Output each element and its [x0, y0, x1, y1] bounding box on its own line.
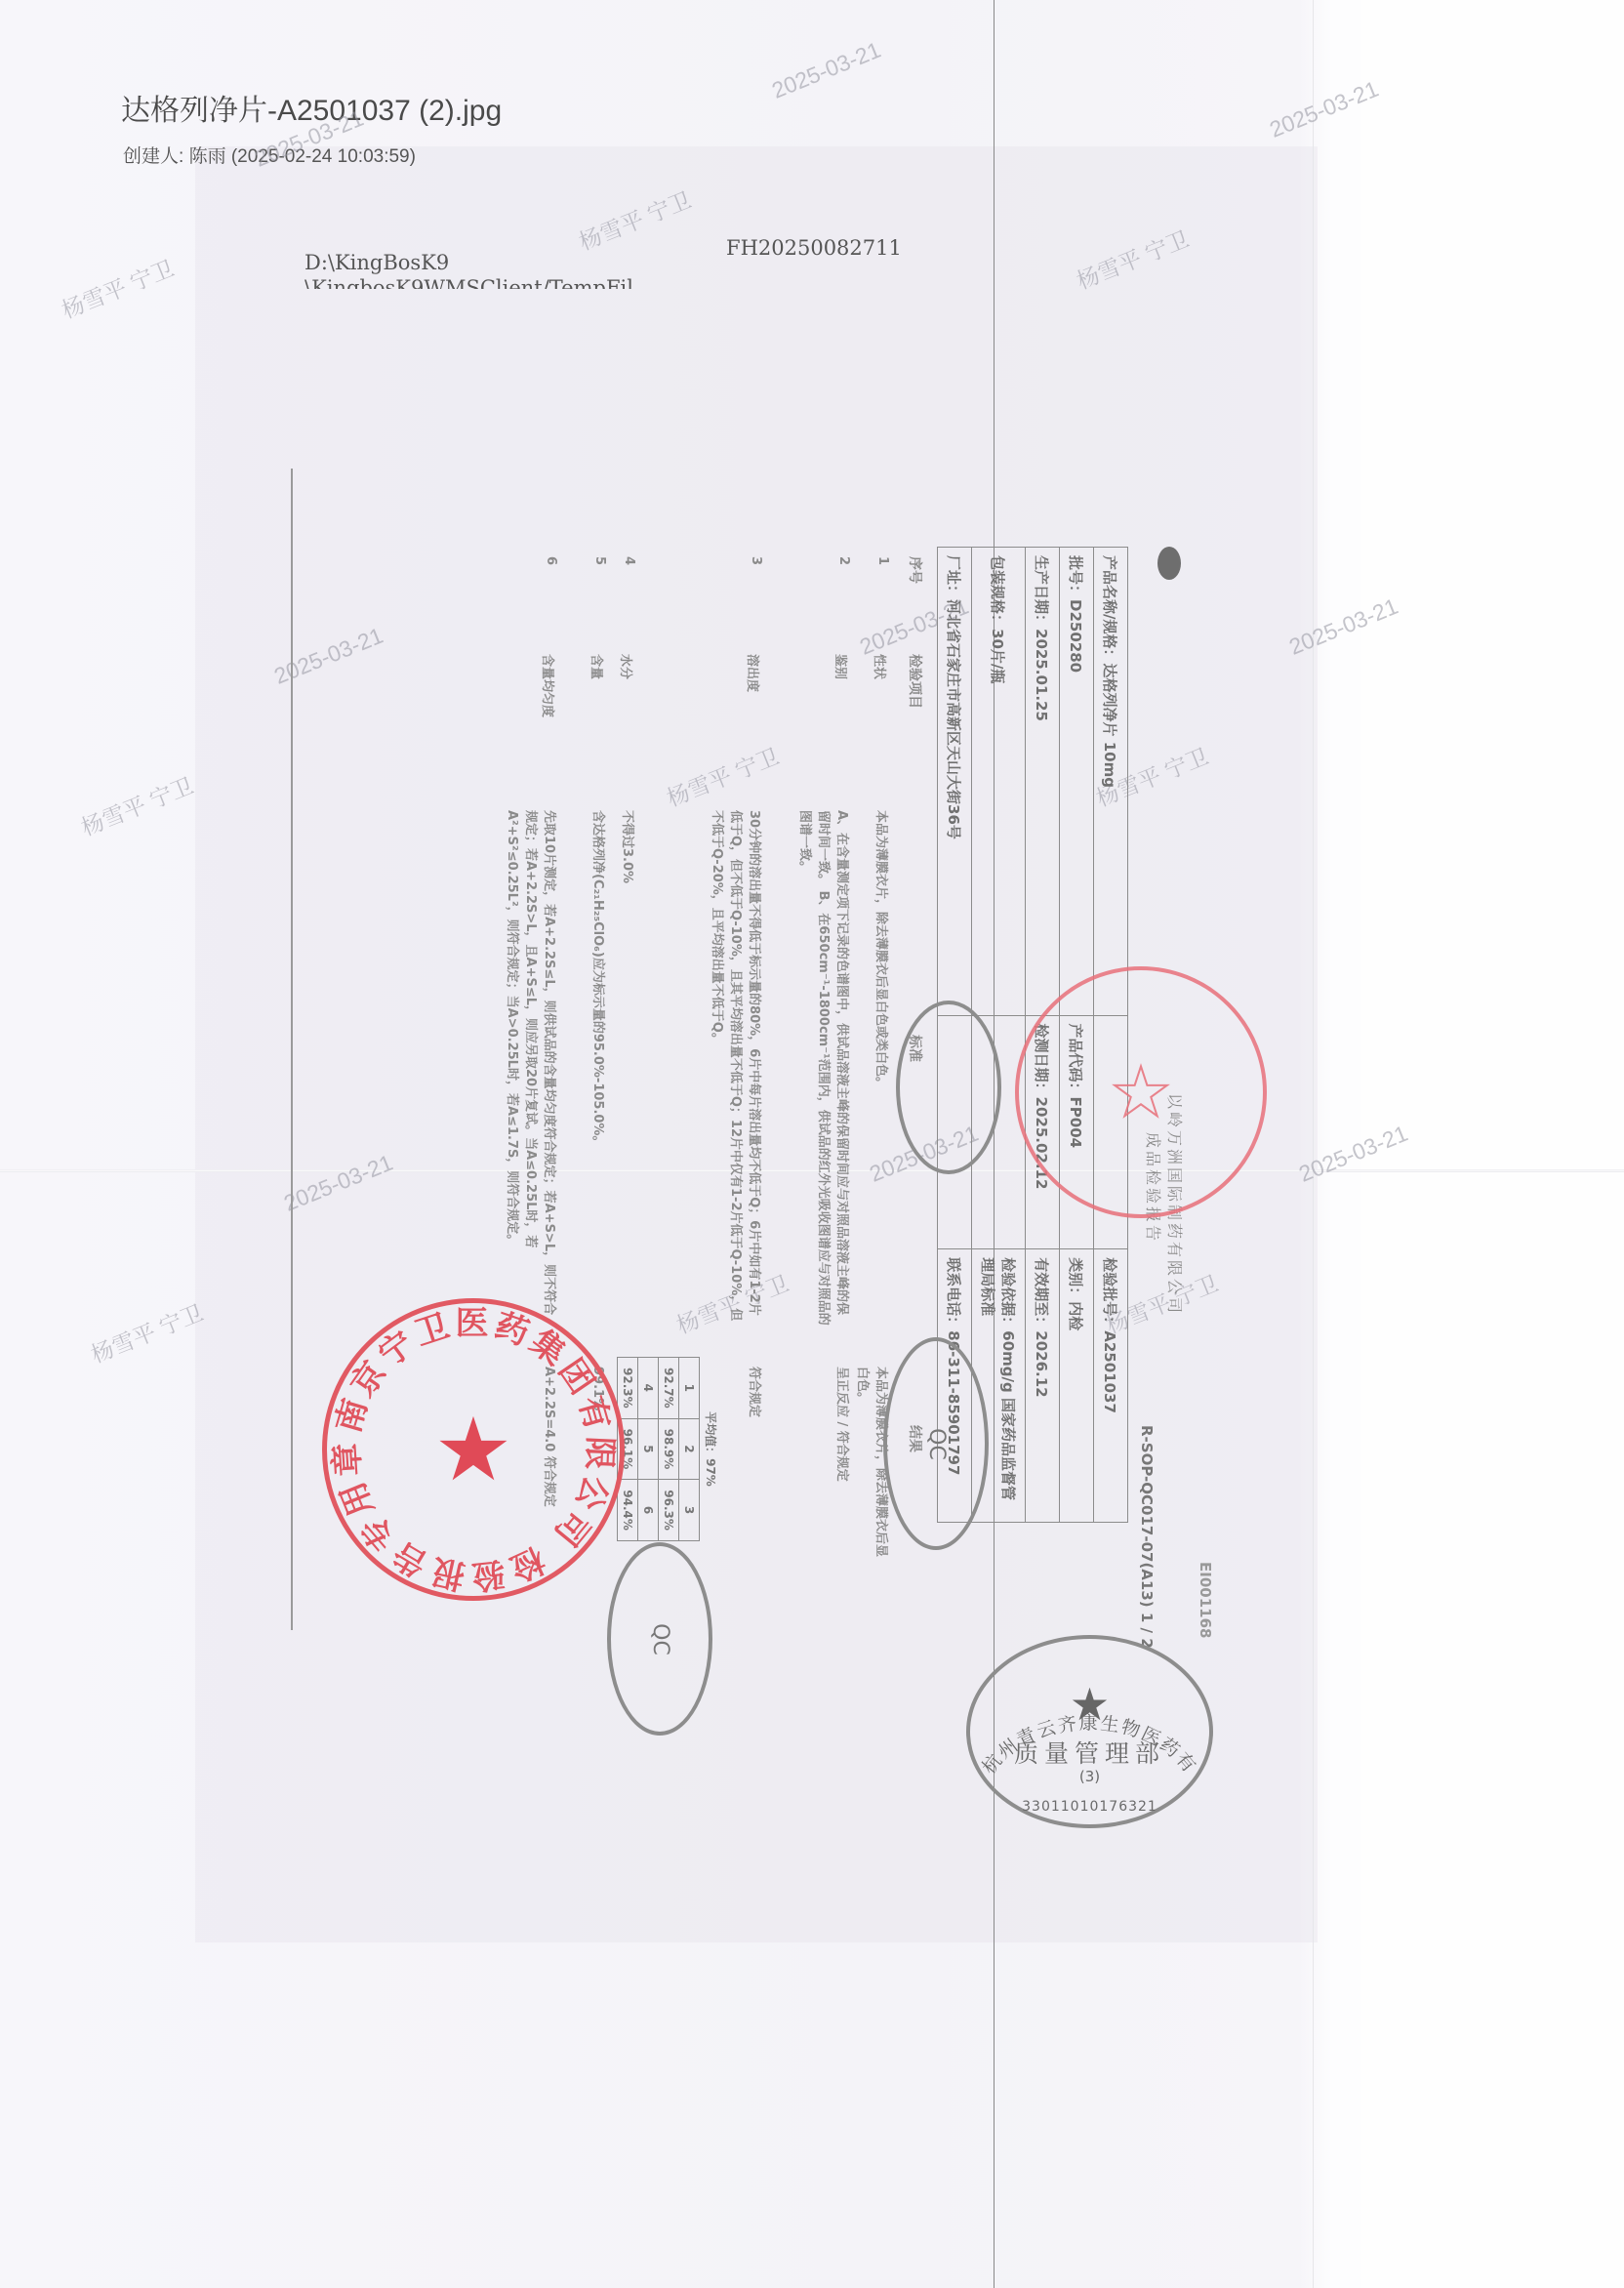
- red-seal-secondary: ★: [1015, 966, 1267, 1218]
- item-standard: 含达格列净(C₂₁H₂₅ClO₆)应为标示量的95.0%-105.0%。: [589, 810, 607, 1328]
- company-logo-icon: [1157, 547, 1181, 580]
- star-icon: ★: [1070, 1678, 1110, 1731]
- creator-label: 创建人:: [123, 146, 183, 167]
- info-cell: 检验批号：A2501037: [1094, 1249, 1128, 1523]
- item-name: 含量: [589, 654, 607, 679]
- item-standard: 先取10片测定，若A+2.2S≤L，则供试品的含量均匀度符合规定；若A+S>L，…: [503, 810, 558, 1328]
- dissolution-index: 2: [679, 1418, 700, 1480]
- info-cell: 生产日期：2025.01.25: [1026, 548, 1060, 1016]
- page-edge-line-faint: [1313, 0, 1314, 2288]
- item-no: 6: [544, 556, 558, 565]
- dissolution-index: 4: [638, 1358, 659, 1419]
- file-path: D:\KingBosK9 \KingbosK9WMSClient/TempFil: [304, 250, 633, 289]
- form-number: R-SOP-QC017-07(A13) 1 / 2: [1138, 1425, 1156, 1649]
- quality-dept-seal: 杭州青云齐康生物医药有限责任公司 ★ 质量管理部 (3) 33011010176…: [966, 1635, 1213, 1828]
- page-serial: EI001168: [1197, 1562, 1214, 1638]
- item-name: 鉴别: [832, 654, 851, 679]
- qm-code: 3301101017632​1: [1022, 1799, 1157, 1815]
- dissolution-index: 6: [638, 1480, 659, 1541]
- item-no: 2: [836, 556, 851, 565]
- col-item: 检验项目: [906, 654, 925, 709]
- seal-ring-text: 南京宁卫医药集团有限公司 检验报告专用章: [327, 1303, 620, 1596]
- item-no: 1: [875, 556, 890, 565]
- item-no: 4: [622, 556, 636, 565]
- info-cell: 批号：D250280: [1060, 548, 1094, 1016]
- qc-seal: QC: [883, 1337, 989, 1550]
- dissolution-value: 92.3%: [618, 1358, 638, 1419]
- dissolution-value: 92.7%: [659, 1358, 679, 1419]
- dissolution-value: 96.3%: [659, 1480, 679, 1541]
- info-cell: 包装规格：30片/瓶: [972, 548, 1026, 1016]
- item-no: 5: [592, 556, 607, 565]
- qm-ring-text: 杭州青云齐康生物医药有限责任公司: [970, 1639, 1209, 1824]
- info-cell: 产品名称/规格：达格列净片 10mg: [1094, 548, 1128, 1016]
- dissolution-value: 98.9%: [659, 1418, 679, 1480]
- document-code: FH20250082711: [726, 236, 902, 260]
- star-outline-icon: ★: [1111, 1052, 1172, 1132]
- dissolution-index: 3: [679, 1480, 700, 1541]
- dissolution-index: 1: [679, 1358, 700, 1419]
- col-no: 序号: [906, 556, 925, 584]
- item-name: 水分: [618, 654, 636, 679]
- dissolution-value: 94.4%: [618, 1480, 638, 1541]
- info-cell: 厂址：河北省石家庄市高新区天山大街36号: [938, 548, 972, 1016]
- file-path-line1: D:\KingBosK9: [304, 251, 449, 274]
- qm-num: (3): [1079, 1768, 1100, 1785]
- item-name: 溶出度: [745, 654, 763, 692]
- svg-text:南京宁卫医药集团有限公司 检验报告专用章: 南京宁卫医药集团有限公司 检验报告专用章: [327, 1304, 620, 1596]
- item-result: 呈正反应 / 符合规定: [832, 1367, 851, 1562]
- qm-dept: 质量管理部: [1014, 1735, 1165, 1770]
- dissolution-index: 5: [638, 1418, 659, 1480]
- item-no: 3: [749, 556, 763, 565]
- item-standard: 30分钟的溶出量不得低于标示量的80%，6片中每片溶出量均不低于Q；6片中如有1…: [708, 810, 763, 1328]
- qc-seal: QC: [607, 1542, 712, 1736]
- info-cell: 类别：内检: [1060, 1249, 1094, 1523]
- file-path-line2: \KingbosK9WMSClient/TempFil: [304, 275, 633, 289]
- item-result: 符合规定: [745, 1367, 763, 1562]
- item-standard: 不得过3.0%: [618, 810, 636, 1328]
- info-cell: 有效期至：2026.12: [1026, 1249, 1060, 1523]
- item-name: 性状: [872, 654, 890, 679]
- inspection-seal: [896, 1001, 1001, 1174]
- signature-line: [292, 469, 294, 1630]
- dissolution-table: 平均值：97%12392.7%98.9%96.3%45692.3%96.1%94…: [617, 1357, 722, 1541]
- dissolution-average: 平均值：97%: [700, 1358, 723, 1541]
- item-standard: A、在含量测定项下记录的色谱图中，供试品溶液主峰的保留时间应与对照品溶液主峰的保…: [795, 810, 851, 1328]
- red-seal-inspection: 南京宁卫医药集团有限公司 检验报告专用章 ★: [322, 1298, 625, 1601]
- item-standard: 本品为薄膜衣片，除去薄膜衣后显白色或类白色。: [872, 810, 890, 1328]
- creator-name: 陈雨: [189, 146, 226, 167]
- item-name: 含量均匀度: [540, 654, 558, 717]
